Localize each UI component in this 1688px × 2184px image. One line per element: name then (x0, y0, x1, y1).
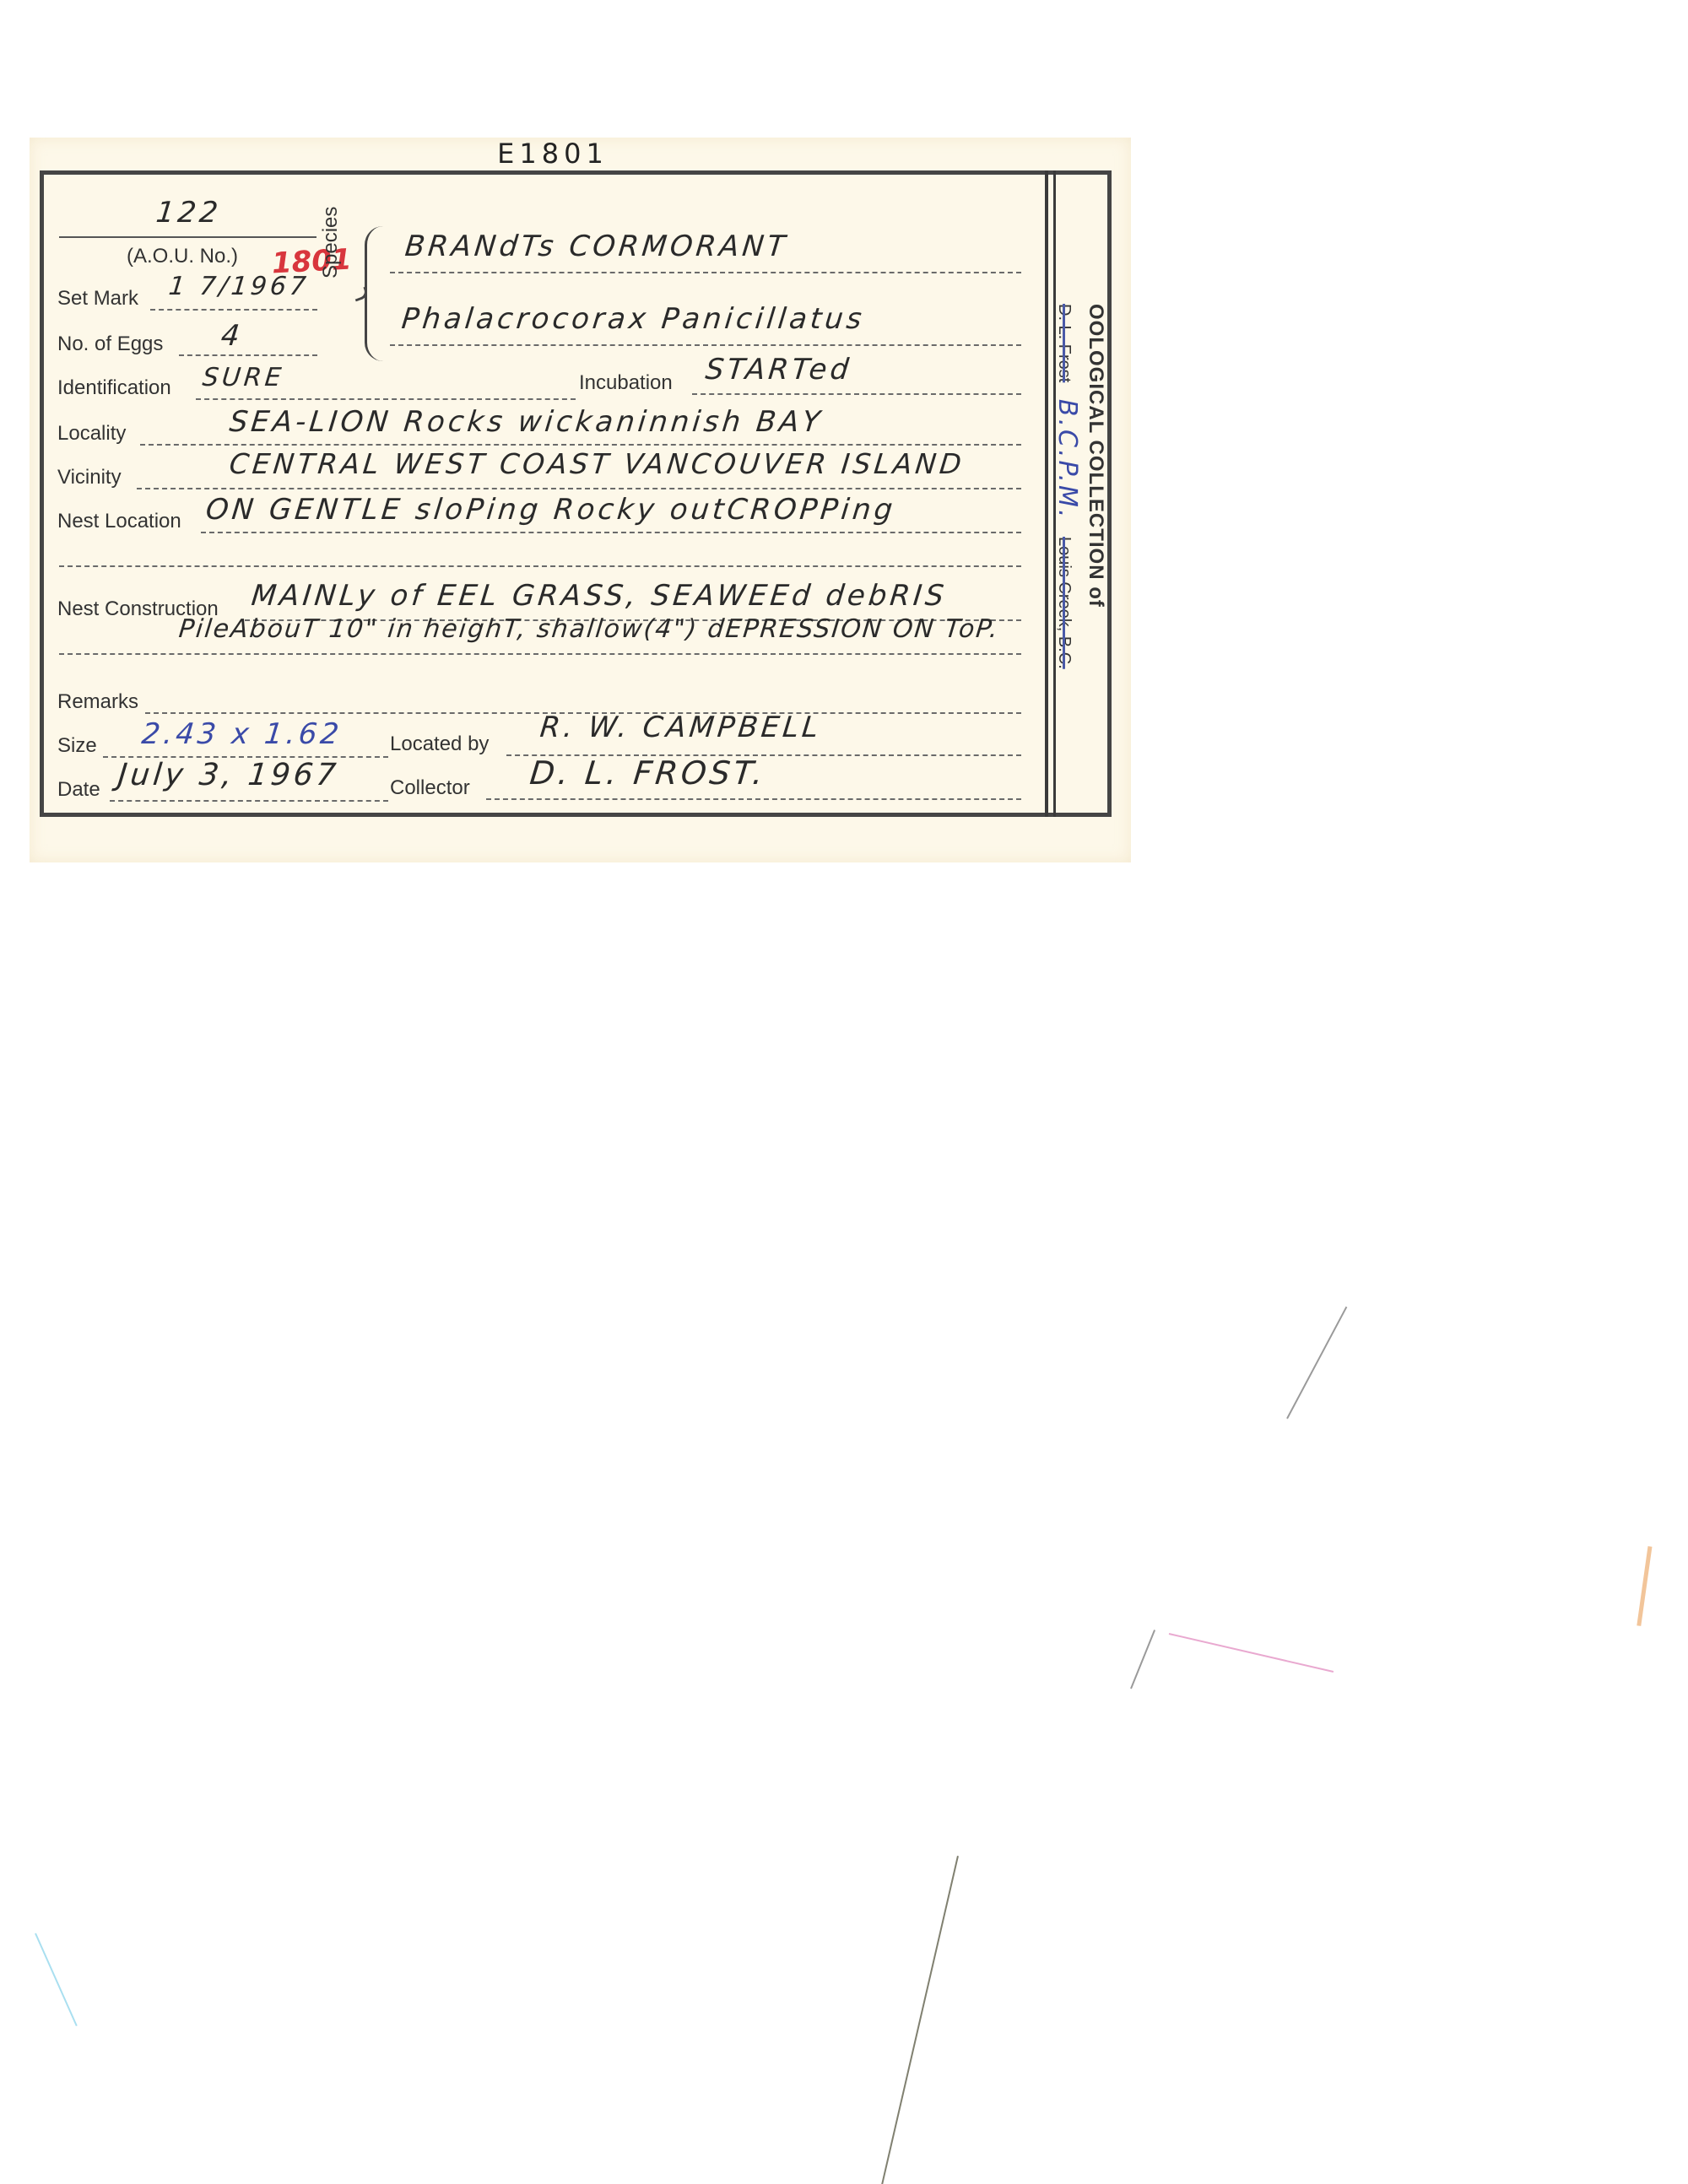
nest-construction-line-2: PileAbouT 10" in heighT, shallow(4") dEP… (177, 614, 1001, 644)
nest-location-rule (201, 532, 1021, 533)
original-owner: D. L. Frost (1055, 304, 1074, 382)
locality-label: Locality (57, 422, 126, 446)
divider-line (1045, 170, 1048, 817)
original-place: Louis Creek, B.C. (1055, 537, 1074, 669)
scan-artifact-line (1130, 1630, 1155, 1689)
identification-value: SURE (201, 363, 285, 392)
scan-artifact-pink (1169, 1633, 1334, 1673)
aou-rule (59, 236, 316, 238)
set-mark-value: 1 7/1967 (167, 272, 311, 301)
species-scientific-name: Phalacrocorax Panicillatus (400, 302, 867, 336)
date-value: July 3, 1967 (116, 758, 341, 792)
nest-location-label: Nest Location (57, 510, 181, 533)
identification-rule (196, 398, 576, 400)
nest-construction-line-1: MAINLy of EEL GRASS, SEAWEEd debRIS (250, 579, 949, 613)
collection-owner: D. L. Frost B.C.P.M. Louis Creek, B.C. (1052, 304, 1082, 669)
vicinity-value: CENTRAL WEST COAST VANCOUVER ISLAND (228, 447, 966, 480)
replacement-owner: B.C.P.M. (1052, 399, 1082, 521)
collector-label: Collector (390, 776, 470, 800)
species-rule-1 (390, 272, 1021, 273)
locality-value: SEA-LION Rocks wickaninnish BAY (228, 405, 825, 439)
nest-location-value: ON GENTLE sloPing Rocky outCROPPing (204, 493, 897, 527)
vicinity-rule (137, 488, 1021, 489)
incubation-rule (692, 393, 1021, 395)
located-by-value: R. W. CAMPBELL (538, 711, 823, 744)
date-rule (110, 800, 388, 802)
scan-artifact-orange (1637, 1546, 1652, 1626)
date-label: Date (57, 778, 100, 802)
catalog-number: E1801 (494, 138, 612, 170)
vicinity-label: Vicinity (57, 466, 122, 489)
eggs-rule (179, 354, 317, 356)
species-label: Species (319, 207, 343, 278)
collector-rule (486, 798, 1021, 800)
aou-number-value: 122 (154, 196, 223, 230)
set-mark-label: Set Mark (57, 287, 138, 311)
collection-title: OOLOGICAL COLLECTION of (1084, 304, 1107, 608)
nest-location-rule-2 (59, 565, 1021, 567)
scan-artifact-cyan (35, 1933, 78, 2026)
located-by-label: Located by (390, 733, 489, 756)
size-label: Size (57, 734, 97, 758)
nest-construction-rule-2 (59, 653, 1021, 655)
eggs-label: No. of Eggs (57, 332, 163, 356)
size-value: 2.43 x 1.62 (140, 717, 344, 751)
incubation-value: STARTed (704, 353, 853, 387)
collector-value: D. L. FROST. (528, 754, 768, 792)
species-brace (365, 226, 389, 361)
species-rule-2 (390, 344, 1021, 346)
remarks-label: Remarks (57, 690, 138, 714)
scan-artifact-line (1286, 1306, 1347, 1419)
scan-artifact-line (881, 1856, 959, 2184)
collection-sidebar: OOLOGICAL COLLECTION of D. L. Frost B.C.… (1057, 304, 1107, 760)
eggs-value: 4 (219, 319, 245, 353)
locality-rule (140, 444, 1021, 446)
set-mark-rule (150, 309, 317, 311)
incubation-label: Incubation (579, 371, 673, 395)
species-common-name: BRANdTs CORMORANT (403, 230, 790, 263)
aou-label: (A.O.U. No.) (127, 245, 238, 268)
identification-label: Identification (57, 376, 171, 400)
